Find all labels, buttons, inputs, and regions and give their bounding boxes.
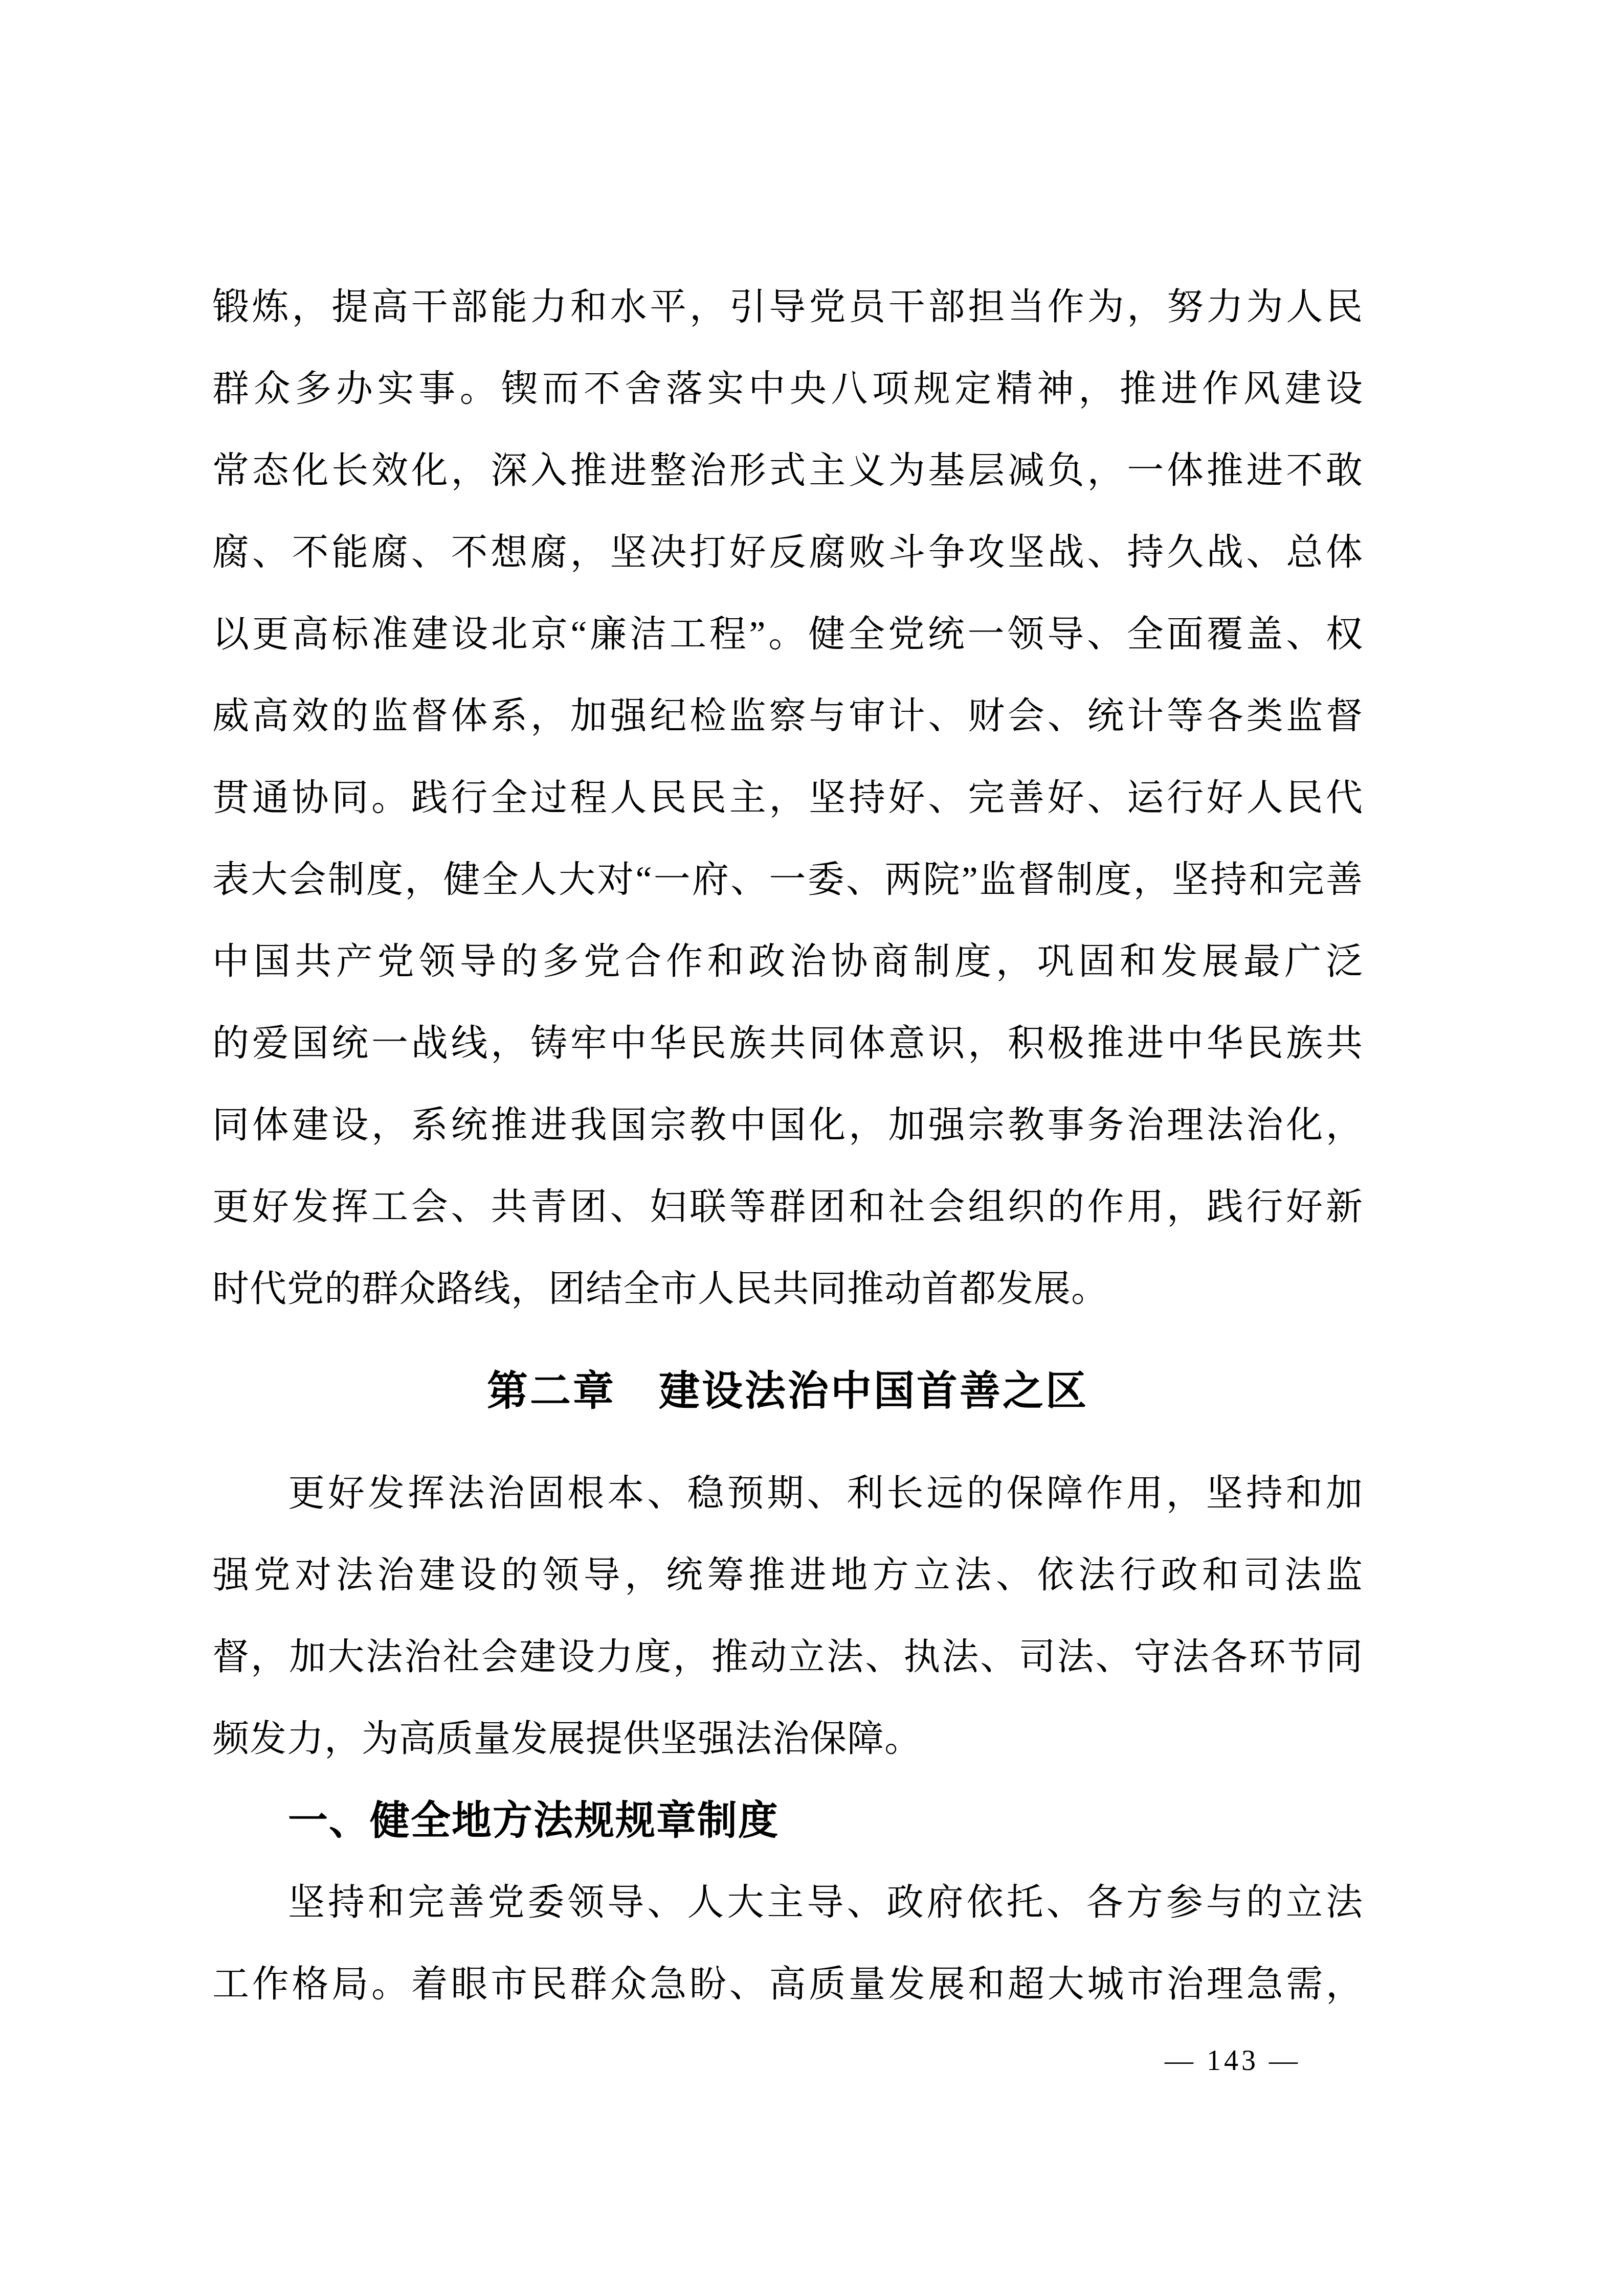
para1-line-2: 群众多办实事。锲而不舍落实中央八项规定精神，推进作风建设	[212, 348, 1363, 430]
para2-line-4: 频发力，为高质量发展提供坚强法治保障。	[212, 1698, 1363, 1780]
body-text-column: 锻炼，提高干部能力和水平，引导党员干部担当作为，努力为人民 群众多办实事。锲而不…	[212, 266, 1363, 2025]
para3-line-2: 工作格局。着眼市民群众急盼、高质量发展和超大城市治理急需，	[212, 1943, 1363, 2025]
para1-line-6: 威高效的监督体系，加强纪检监察与审计、财会、统计等各类监督	[212, 675, 1363, 757]
para1-line-11: 同体建设，系统推进我国宗教中国化，加强宗教事务治理法治化，	[212, 1084, 1363, 1166]
para3-line-1: 坚持和完善党委领导、人大主导、政府依托、各方参与的立法	[212, 1861, 1363, 1943]
para1-line-4: 腐、不能腐、不想腐，坚决打好反腐败斗争攻坚战、持久战、总体战，	[212, 511, 1363, 593]
para1-line-1: 锻炼，提高干部能力和水平，引导党员干部担当作为，努力为人民	[212, 266, 1363, 348]
para2-line-2: 强党对法治建设的领导，统筹推进地方立法、依法行政和司法监	[212, 1534, 1363, 1616]
section-heading: 一、健全地方法规规章制度	[212, 1780, 1363, 1861]
para1-line-5: 以更高标准建设北京“廉洁工程”。健全党统一领导、全面覆盖、权	[212, 593, 1363, 675]
para1-line-10: 的爱国统一战线，铸牢中华民族共同体意识，积极推进中华民族共	[212, 1002, 1363, 1084]
para1-line-3: 常态化长效化，深入推进整治形式主义为基层减负，一体推进不敢	[212, 430, 1363, 511]
para2-line-1: 更好发挥法治固根本、稳预期、利长远的保障作用，坚持和加	[212, 1452, 1363, 1534]
para1-line-12: 更好发挥工会、共青团、妇联等群团和社会组织的作用，践行好新	[212, 1166, 1363, 1248]
chapter-heading: 第二章 建设法治中国首善之区	[212, 1330, 1363, 1452]
para1-line-13: 时代党的群众路线，团结全市人民共同推动首都发展。	[212, 1248, 1363, 1330]
page-number: — 143 —	[1118, 2038, 1348, 2084]
document-page: 锻炼，提高干部能力和水平，引导党员干部担当作为，努力为人民 群众多办实事。锲而不…	[0, 0, 1624, 2296]
para1-line-8: 表大会制度，健全人大对“一府、一委、两院”监督制度，坚持和完善	[212, 839, 1363, 920]
para1-line-9: 中国共产党领导的多党合作和政治协商制度，巩固和发展最广泛	[212, 920, 1363, 1002]
para1-line-7: 贯通协同。践行全过程人民民主，坚持好、完善好、运行好人民代	[212, 757, 1363, 839]
para2-line-3: 督，加大法治社会建设力度，推动立法、执法、司法、守法各环节同	[212, 1616, 1363, 1698]
